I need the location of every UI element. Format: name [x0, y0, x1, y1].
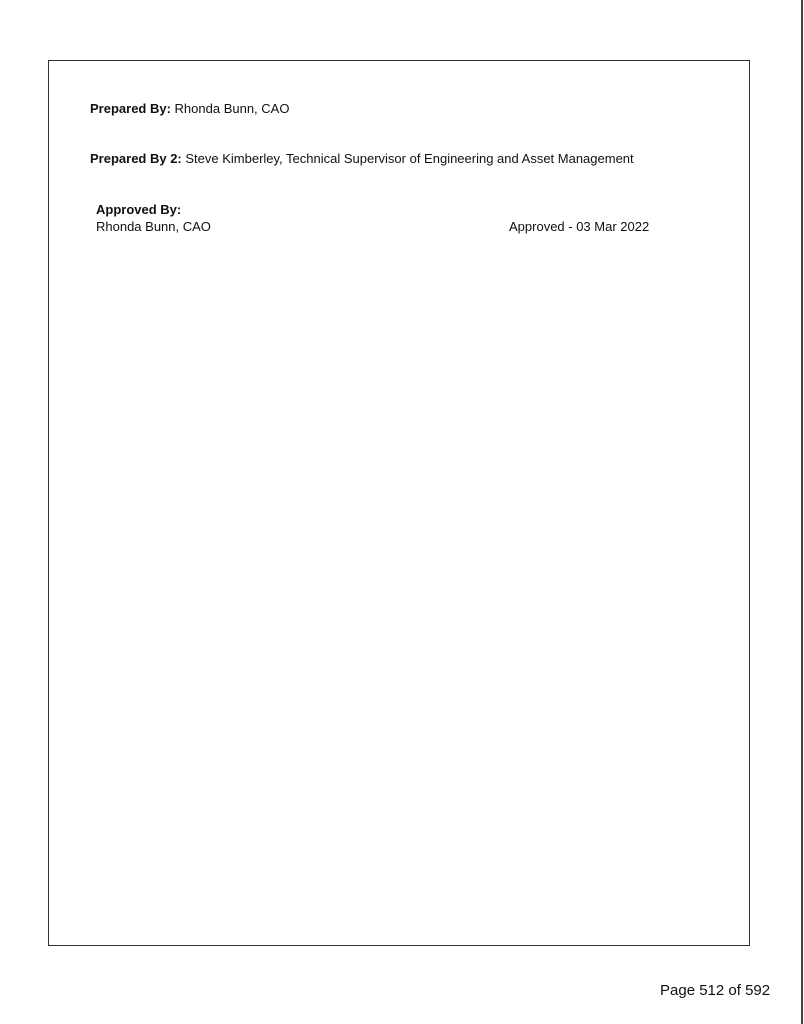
content-frame: [48, 60, 750, 946]
page-number: Page 512 of 592: [660, 982, 770, 1000]
approval-status: Approved - 03 Mar 2022: [509, 219, 649, 235]
prepared-by-value: Rhonda Bunn, CAO: [175, 101, 290, 116]
prepared-by-row: Prepared By: Rhonda Bunn, CAO: [90, 101, 289, 117]
approved-by-name: Rhonda Bunn, CAO: [96, 219, 211, 235]
prepared-by-2-value: Steve Kimberley, Technical Supervisor of…: [185, 151, 633, 166]
prepared-by-2-label: Prepared By 2:: [90, 151, 185, 166]
page-edge-divider: [801, 0, 803, 1024]
prepared-by-label: Prepared By:: [90, 101, 175, 116]
prepared-by-2-row: Prepared By 2: Steve Kimberley, Technica…: [90, 151, 634, 167]
approved-by-label: Approved By:: [96, 202, 181, 218]
